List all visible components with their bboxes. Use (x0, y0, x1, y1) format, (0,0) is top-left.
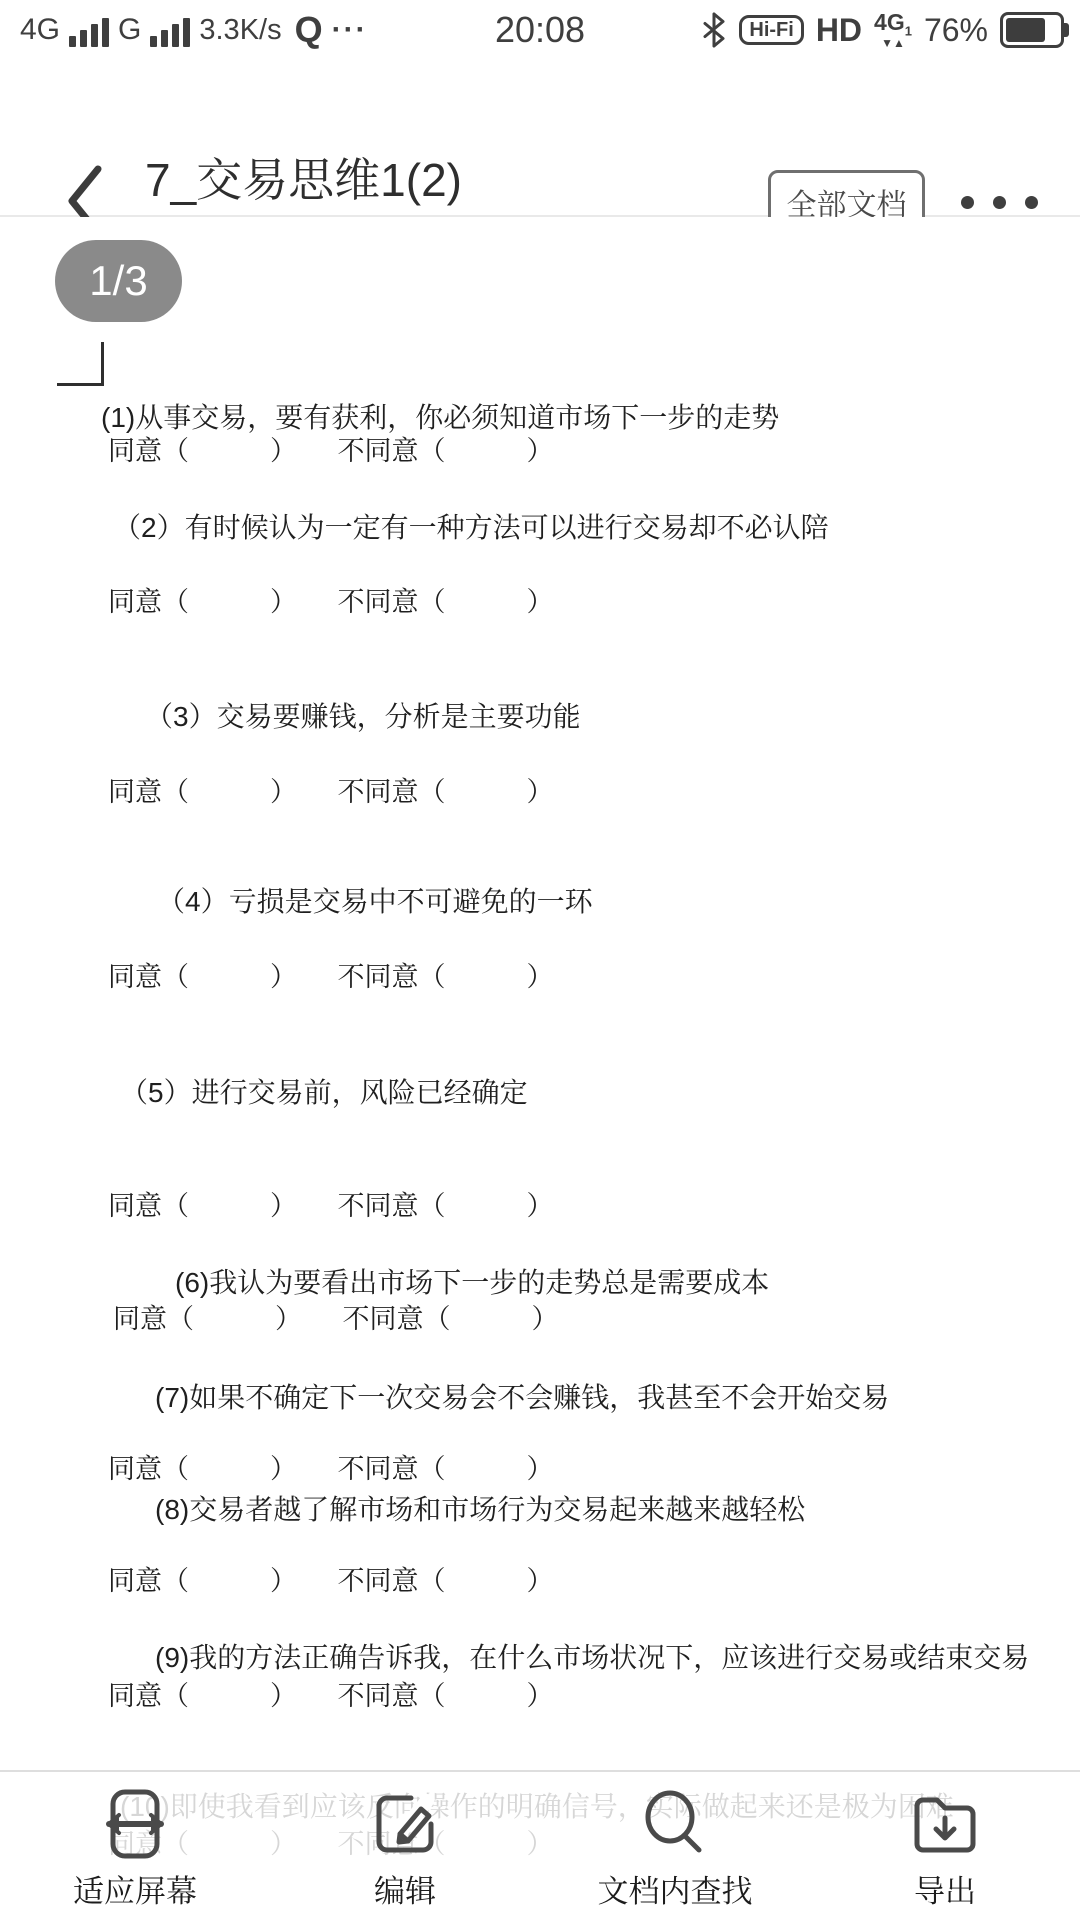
toolbar-label: 适应屏幕 (73, 1866, 197, 1911)
question-line: (8)交易者越了解市场和市场行为交易起来越来越轻松 (155, 1490, 805, 1530)
doc-viewer-header: 7_交易思维1(2) QQ浏览器文件服务 全部文档 (0, 60, 1080, 217)
question-line: （2）有时候认为一定有一种方法可以进行交易却不必认陪 (113, 508, 829, 548)
search-icon (639, 1788, 711, 1860)
bottom-toolbar: 适应屏幕 编辑 文档 (0, 1772, 1080, 1920)
edit-button[interactable]: 编辑 (270, 1772, 540, 1920)
answer-line: 同意（ ） 不同意（ ） (108, 432, 554, 470)
answer-line: 同意（ ） 不同意（ ） (108, 773, 554, 811)
hifi-badge: Hi-Fi (739, 15, 803, 45)
bluetooth-icon (701, 12, 727, 48)
export-folder-icon (909, 1788, 981, 1860)
question-line: (7)如果不确定下一次交易会不会赚钱，我甚至不会开始交易 (155, 1378, 889, 1418)
answer-line: 同意（ ） 不同意（ ） (108, 958, 554, 996)
document-page[interactable]: 1/3 (1)从事交易，要有获利，你必须知道市场下一步的走势 同意（ ） 不同意… (0, 217, 1080, 1920)
status-bar: 4G G 3.3K/s Q ··· 20:08 Hi-Fi HD 4G1 ▼▲ … (0, 0, 1080, 60)
fit-screen-button[interactable]: 适应屏幕 (0, 1772, 270, 1920)
table-corner-mark (57, 342, 104, 386)
document-title: 7_交易思维1(2) (145, 144, 462, 210)
updown-arrows-icon: ▼▲ (881, 37, 905, 49)
page-number-badge: 1/3 (55, 240, 182, 322)
hd-badge: HD (816, 12, 862, 49)
more-menu-button[interactable] (961, 196, 1038, 209)
answer-line: 同意（ ） 不同意（ ） (108, 1187, 554, 1225)
find-in-document-button[interactable]: 文档内查找 (540, 1772, 810, 1920)
export-button[interactable]: 导出 (810, 1772, 1080, 1920)
question-line: (6)我认为要看出市场下一步的走势总是需要成本 (175, 1263, 769, 1303)
question-line: （4）亏损是交易中不可避免的一环 (157, 882, 593, 922)
volte-4g-icon: 4G1 ▼▲ (874, 11, 912, 49)
toolbar-label: 文档内查找 (598, 1866, 753, 1911)
answer-line: 同意（ ） 不同意（ ） (108, 583, 554, 621)
toolbar-label: 导出 (914, 1866, 976, 1911)
toolbar-label: 编辑 (374, 1866, 436, 1911)
screen: 4G G 3.3K/s Q ··· 20:08 Hi-Fi HD 4G1 ▼▲ … (0, 0, 1080, 1920)
battery-icon (1000, 12, 1064, 48)
question-line: (9)我的方法正确告诉我，在什么市场状况下，应该进行交易或结束交易 (155, 1638, 1029, 1678)
question-line: （5）进行交易前，风险已经确定 (120, 1073, 528, 1113)
answer-line: 同意（ ） 不同意（ ） (113, 1300, 559, 1338)
status-right-cluster: Hi-Fi HD 4G1 ▼▲ 76% (701, 0, 1064, 60)
battery-percent: 76% (924, 12, 988, 49)
answer-line: 同意（ ） 不同意（ ） (108, 1677, 554, 1715)
answer-line: 同意（ ） 不同意（ ） (108, 1450, 554, 1488)
question-line: （3）交易要赚钱，分析是主要功能 (145, 697, 581, 737)
edit-icon (369, 1788, 441, 1860)
fit-screen-icon (99, 1788, 171, 1860)
answer-line: 同意（ ） 不同意（ ） (108, 1562, 554, 1600)
